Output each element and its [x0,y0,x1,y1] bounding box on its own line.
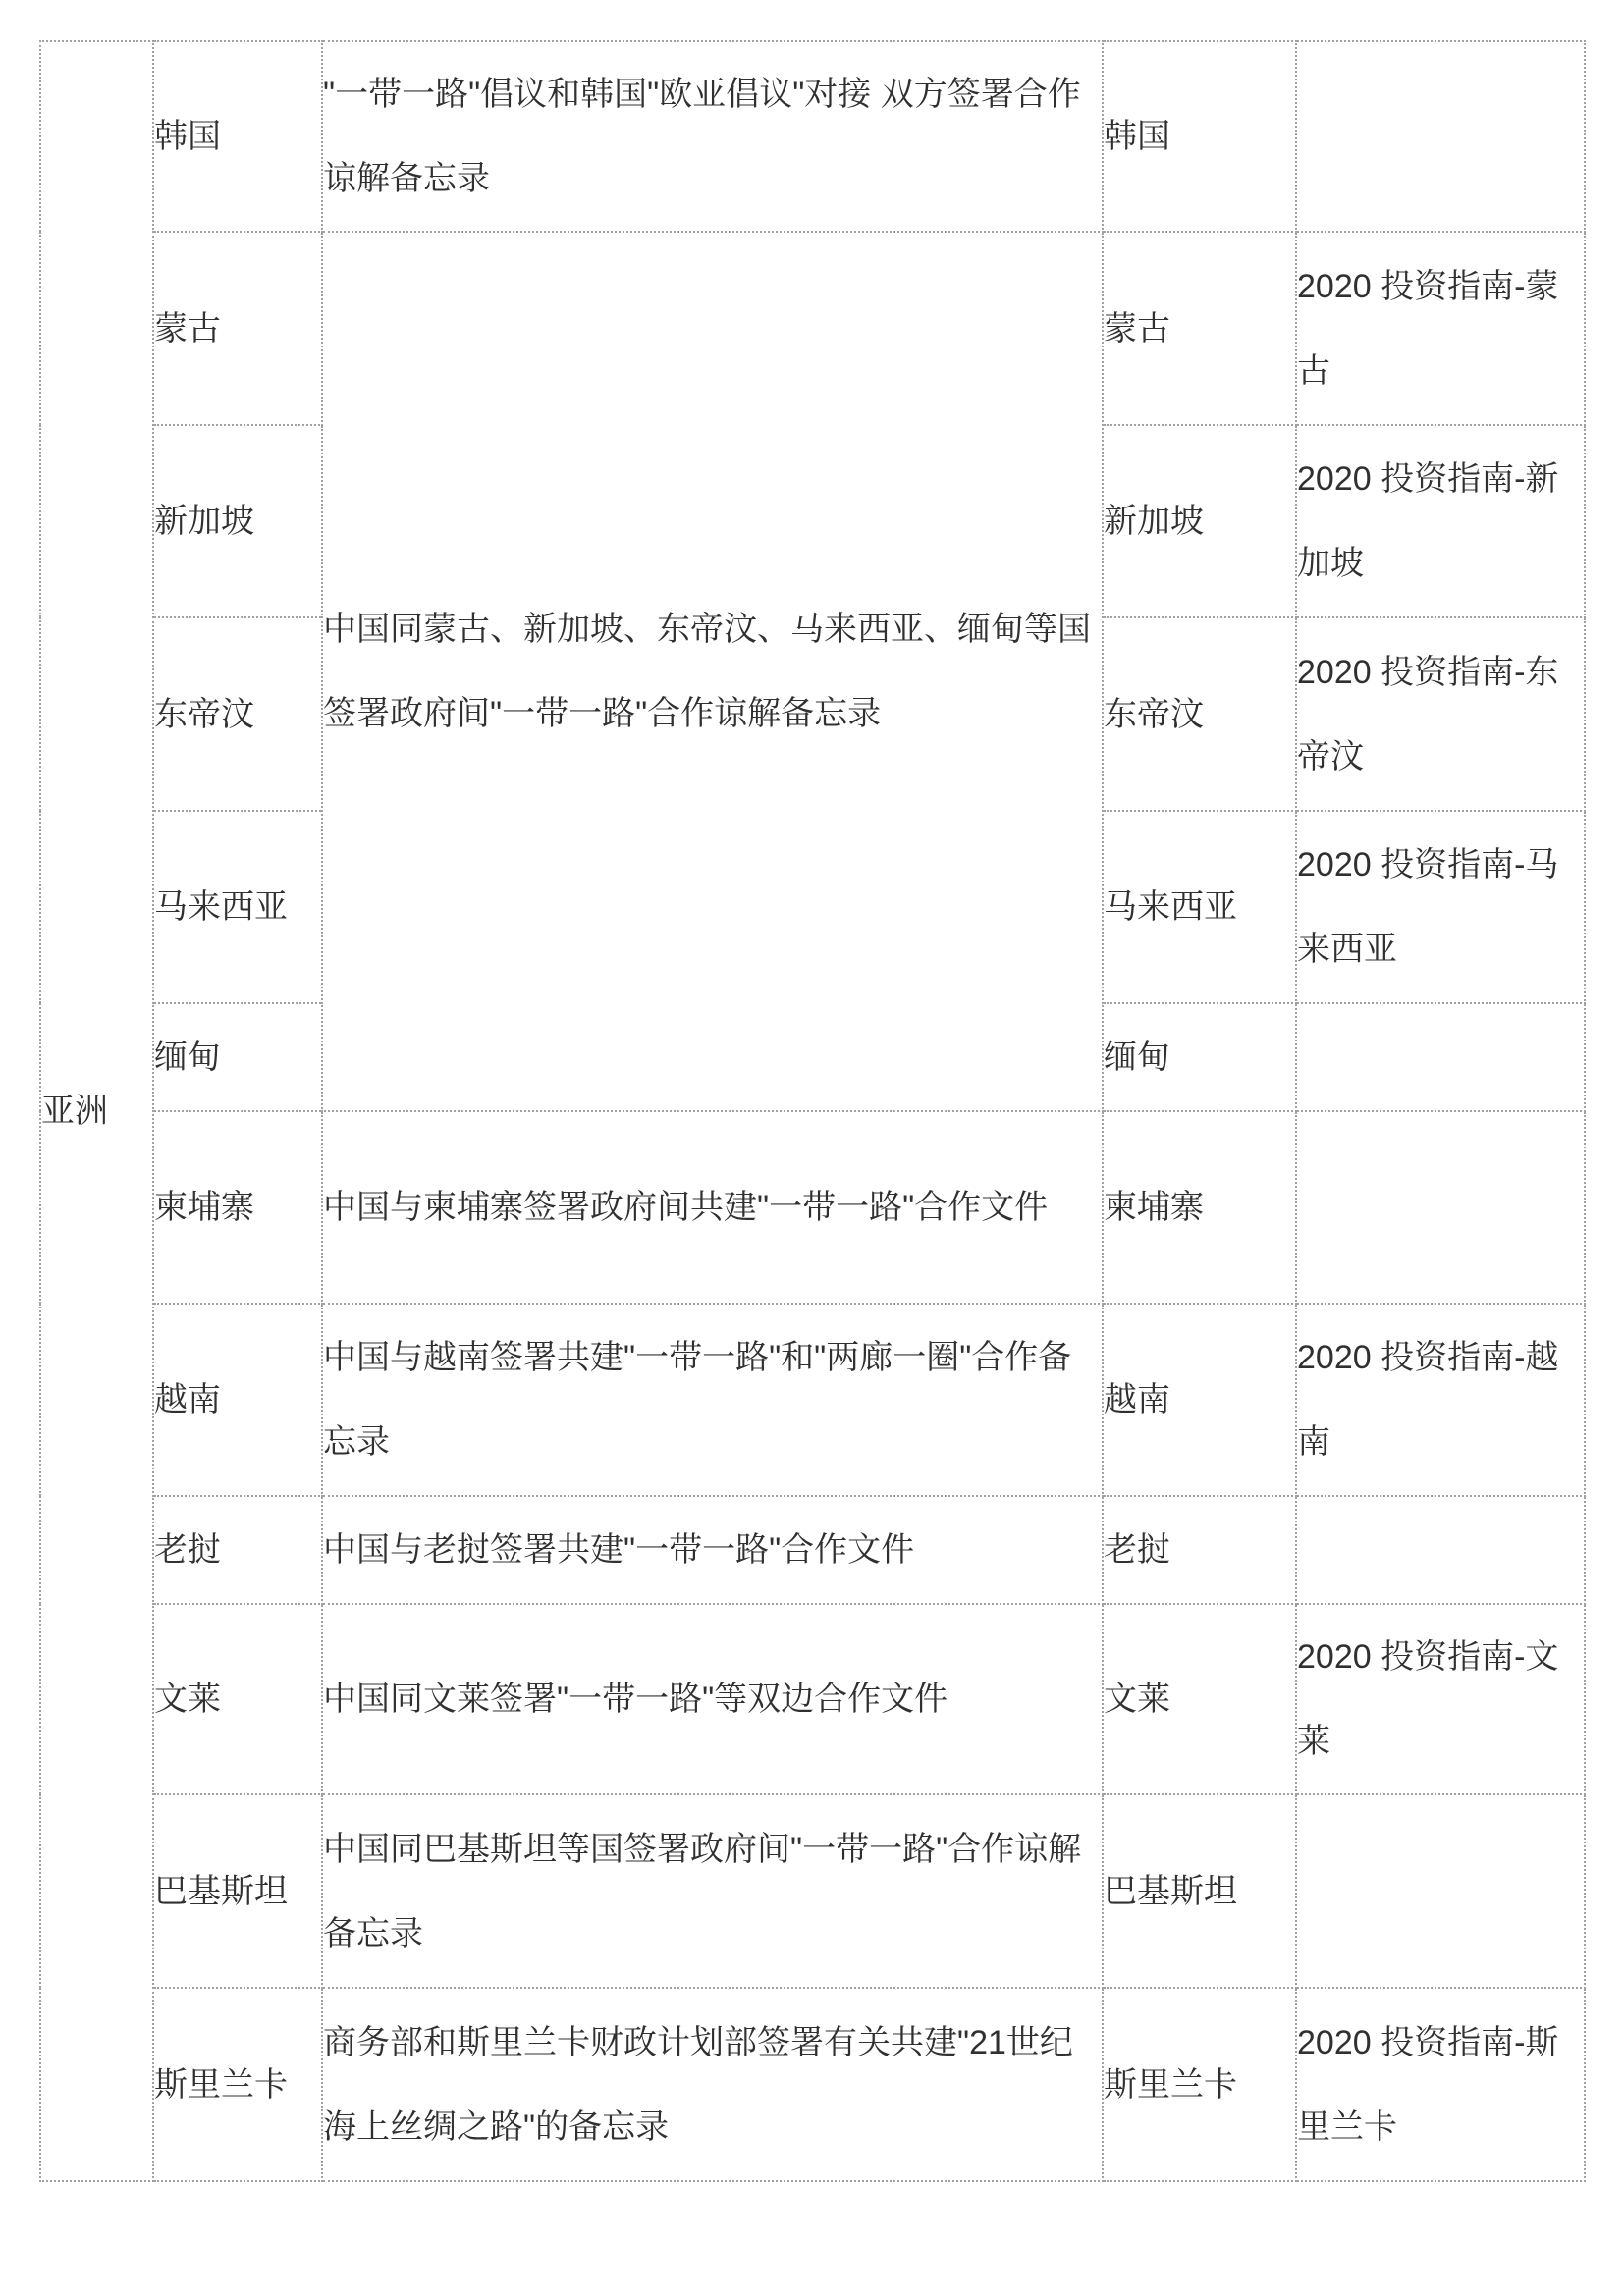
guide-cell [1296,1496,1585,1604]
country-cell: 巴基斯坦 [153,1794,322,1988]
country-right-cell: 越南 [1103,1304,1296,1496]
table-row: 文莱 中国同文莱签署"一带一路"等双边合作文件 文莱 2020 投资指南-文莱 [40,1604,1585,1794]
agreement-cell: 中国与越南签署共建"一带一路"和"两廊一圈"合作备忘录 [322,1304,1103,1496]
country-right-cell: 新加坡 [1103,425,1296,617]
guide-cell [1296,41,1585,232]
country-right-cell: 斯里兰卡 [1103,1988,1296,2181]
country-right-cell: 巴基斯坦 [1103,1794,1296,1988]
agreement-cell: 中国同文莱签署"一带一路"等双边合作文件 [322,1604,1103,1794]
country-cell: 柬埔寨 [153,1111,322,1304]
agreement-cell: 中国与老挝签署共建"一带一路"合作文件 [322,1496,1103,1604]
country-right-cell: 老挝 [1103,1496,1296,1604]
country-cell: 新加坡 [153,425,322,617]
guide-cell: 2020 投资指南-马来西亚 [1296,811,1585,1003]
country-cell: 东帝汶 [153,617,322,811]
table-row: 巴基斯坦 中国同巴基斯坦等国签署政府间"一带一路"合作谅解备忘录 巴基斯坦 [40,1794,1585,1988]
region-cell: 亚洲 [40,41,153,2181]
guide-cell: 2020 投资指南-越南 [1296,1304,1585,1496]
country-cell: 越南 [153,1304,322,1496]
guide-cell: 2020 投资指南-东帝汶 [1296,617,1585,811]
table-row: 柬埔寨 中国与柬埔寨签署政府间共建"一带一路"合作文件 柬埔寨 [40,1111,1585,1304]
table-row: 老挝 中国与老挝签署共建"一带一路"合作文件 老挝 [40,1496,1585,1604]
country-right-cell: 缅甸 [1103,1003,1296,1111]
country-right-cell: 柬埔寨 [1103,1111,1296,1304]
agreement-cell: "一带一路"倡议和韩国"欧亚倡议"对接 双方签署合作谅解备忘录 [322,41,1103,232]
agreement-cell: 中国同巴基斯坦等国签署政府间"一带一路"合作谅解备忘录 [322,1794,1103,1988]
document-page: 亚洲 韩国 "一带一路"倡议和韩国"欧亚倡议"对接 双方签署合作谅解备忘录 韩国… [0,0,1624,2296]
guide-cell [1296,1794,1585,1988]
country-cell: 斯里兰卡 [153,1988,322,2181]
country-right-cell: 马来西亚 [1103,811,1296,1003]
agreement-cell-merged: 中国同蒙古、新加坡、东帝汶、马来西亚、缅甸等国签署政府间"一带一路"合作谅解备忘… [322,232,1103,1111]
table-row: 亚洲 韩国 "一带一路"倡议和韩国"欧亚倡议"对接 双方签署合作谅解备忘录 韩国 [40,41,1585,232]
agreement-cell: 商务部和斯里兰卡财政计划部签署有关共建"21世纪海上丝绸之路"的备忘录 [322,1988,1103,2181]
country-cell: 文莱 [153,1604,322,1794]
country-right-cell: 蒙古 [1103,232,1296,425]
cooperation-table: 亚洲 韩国 "一带一路"倡议和韩国"欧亚倡议"对接 双方签署合作谅解备忘录 韩国… [39,40,1586,2182]
guide-cell [1296,1003,1585,1111]
country-right-cell: 文莱 [1103,1604,1296,1794]
guide-cell: 2020 投资指南-新加坡 [1296,425,1585,617]
guide-cell: 2020 投资指南-蒙古 [1296,232,1585,425]
guide-cell: 2020 投资指南-斯里兰卡 [1296,1988,1585,2181]
table-row: 蒙古 中国同蒙古、新加坡、东帝汶、马来西亚、缅甸等国签署政府间"一带一路"合作谅… [40,232,1585,425]
table-row: 斯里兰卡 商务部和斯里兰卡财政计划部签署有关共建"21世纪海上丝绸之路"的备忘录… [40,1988,1585,2181]
table-row: 越南 中国与越南签署共建"一带一路"和"两廊一圈"合作备忘录 越南 2020 投… [40,1304,1585,1496]
country-right-cell: 东帝汶 [1103,617,1296,811]
guide-cell: 2020 投资指南-文莱 [1296,1604,1585,1794]
country-cell: 老挝 [153,1496,322,1604]
country-cell: 蒙古 [153,232,322,425]
country-cell: 韩国 [153,41,322,232]
agreement-cell: 中国与柬埔寨签署政府间共建"一带一路"合作文件 [322,1111,1103,1304]
guide-cell [1296,1111,1585,1304]
country-cell: 缅甸 [153,1003,322,1111]
country-cell: 马来西亚 [153,811,322,1003]
country-right-cell: 韩国 [1103,41,1296,232]
